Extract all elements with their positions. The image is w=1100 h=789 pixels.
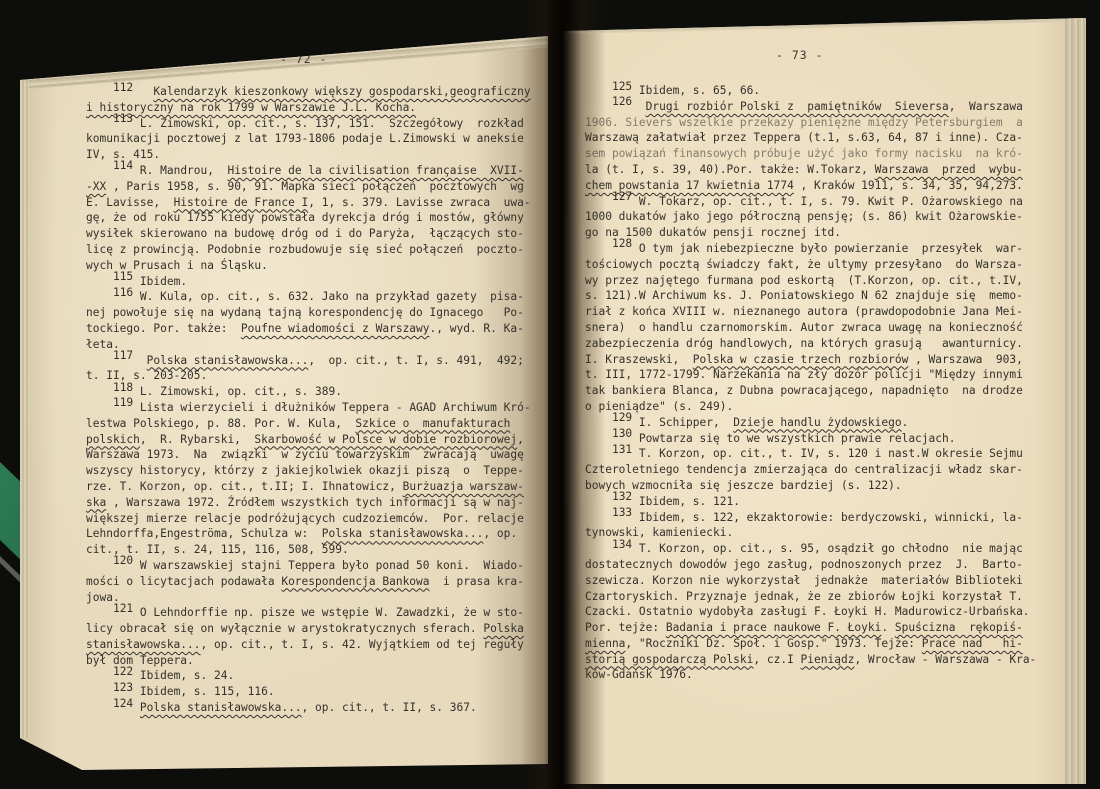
footnote-number: 125	[612, 80, 632, 93]
text-run	[86, 117, 113, 130]
book-scan-background: - 72 - 112 Kalendarzyk kieszonkowy więks…	[0, 0, 1100, 789]
text-run	[585, 495, 612, 508]
underlined-title: storią gospodarczą Polski	[585, 653, 753, 666]
text-line: wy przez najętego furmana pod eskortą (T…	[585, 273, 1023, 289]
text-line: 116 W. Kula, op. cit., s. 632. Jako na p…	[86, 289, 524, 305]
page-edge-side-right	[1063, 18, 1086, 784]
text-line: 113 L. Zimowski, op. cit., s. 137, 151. …	[86, 116, 524, 132]
text-run: .	[902, 416, 909, 429]
text-run: Ibidem.	[133, 275, 187, 288]
text-line: zabezpieczenia dróg handlowych, na który…	[585, 336, 1023, 352]
text-line: -XX , Paris 1958, s. 90, 91. Mapka sieci…	[86, 179, 524, 195]
text-line: tak bankiera Blanca, z Dubna powracające…	[585, 383, 1023, 399]
footnote-number: 118	[113, 381, 133, 394]
text-run	[632, 100, 645, 113]
text-run: ., wyd. R. Ka-	[430, 322, 524, 335]
underlined-title: Polska stanisławowska...	[147, 354, 309, 367]
footnote-number: 127	[612, 190, 632, 203]
text-line: storią gospodarczą Polski, cz.I Pieniądz…	[585, 652, 1036, 668]
text-line: s. 121).W Archiwum ks. J. Poniatowskiego…	[585, 288, 1023, 304]
text-run: ków-Gdańsk 1976.	[585, 668, 693, 681]
text-run: , 1, s. 379. Lavisse zwraca uwa-	[308, 196, 530, 209]
text-run: E. Lavisse,	[86, 196, 174, 209]
underlined-title: Skarbowość w Polsce w dobie rozbiorowej	[254, 433, 517, 446]
underlined-title: Histoire de la civilisation française XV…	[227, 164, 523, 177]
underlined-title: Polska stanisławowska...	[140, 701, 302, 714]
text-run: , Warszawa 1972. Źródłem wszystkich tych…	[106, 496, 524, 509]
text-run: , Warszawa 903,	[908, 353, 1023, 366]
text-run: , Warszawa	[949, 100, 1023, 113]
text-run: , op. cit., t. II, s. 367.	[302, 701, 477, 714]
text-line: 133 Ibidem, s. 122, ekzaktorowie: berdyc…	[585, 510, 1023, 526]
text-line: ków-Gdańsk 1976.	[585, 667, 693, 683]
text-run: i prasa kra-	[430, 575, 524, 588]
text-run	[585, 242, 612, 255]
text-run: tynowski, kamieniecki.	[585, 526, 733, 539]
footnote-number: 129	[612, 411, 632, 424]
text-run: L. Zimowski, op. cit., s. 389.	[133, 385, 342, 398]
text-run	[133, 354, 146, 367]
text-run: O Lehndorffie np. pisze we wstępie W. Za…	[133, 606, 524, 619]
text-run: zabezpieczenia dróg handlowych, na który…	[585, 337, 1023, 350]
underlined-title: Polska	[483, 622, 523, 635]
text-run: gę, że od roku 1755 kiedy powstała dyrek…	[86, 211, 524, 224]
underlined-title: Kalendarzyk kieszonkowy większy gospodar…	[153, 85, 530, 98]
text-line: był dom Teppera.	[86, 653, 194, 669]
page-edge-side-left	[20, 80, 29, 738]
text-run: licę z prowincją. Podobnie rozbudowuje s…	[86, 243, 524, 256]
text-run: wy przez najętego furmana pod eskortą (T…	[585, 274, 1023, 287]
text-run	[86, 275, 113, 288]
text-run: był dom Teppera.	[86, 654, 194, 667]
text-run: wszyscy historycy, którzy z jakiejkolwie…	[86, 464, 524, 477]
text-line: 114 R. Mandrou, Histoire de la civilisat…	[86, 163, 524, 179]
underlined-title: mienna	[585, 637, 625, 650]
text-run: Czteroletniego tendencja zmierzająca do …	[585, 463, 1023, 476]
underlined-title: Szkice o manufakturach	[355, 417, 510, 430]
text-run	[86, 354, 113, 367]
text-run: , cz.I	[753, 653, 800, 666]
text-line: Por. tejże: Badania i prace naukowe F. Ł…	[585, 620, 1023, 636]
text-run	[585, 84, 612, 97]
underlined-title: -XX	[86, 180, 106, 193]
underlined-title: ska	[86, 496, 106, 509]
text-line: większej mierze relacje podróżujących cu…	[86, 511, 524, 527]
text-line: wysiłek skierowano na budowę dróg od i d…	[86, 226, 524, 242]
text-run	[86, 164, 113, 177]
footnote-number: 120	[113, 554, 133, 567]
underlined-title: Histoire de France I	[174, 196, 309, 209]
underlined-title: Polska w czasie trzech rozbiorów	[693, 353, 909, 366]
text-run	[585, 542, 612, 555]
text-line: Lehndorffa,Engeströma, Schulza w: Polska…	[86, 526, 517, 542]
text-line: t. III, 1772-1799. Narzekania na zły doz…	[585, 367, 1023, 383]
handwritten-pencil-mark: 133	[590, 11, 611, 30]
text-line: wszyscy historycy, którzy z jakiejkolwie…	[86, 463, 524, 479]
text-run	[86, 290, 113, 303]
text-run: T. Korzon, op. cit., s. 95, osądził go c…	[632, 542, 1023, 555]
footnote-number: 124	[113, 697, 133, 710]
text-run	[86, 606, 113, 619]
underlined-title: Poufne wiadomości z Warszawy	[241, 322, 430, 335]
footnote-number: 116	[113, 286, 133, 299]
text-line: 120 W warszawskiej stajni Teppera było p…	[86, 558, 524, 574]
text-line: 119 Lista wierzycieli i dłużników Tepper…	[86, 400, 531, 416]
text-line: nej powołuje się na wydaną tajną korespo…	[86, 305, 524, 321]
text-line: snera) o handlu czarnomorskim. Autor zwr…	[585, 320, 1023, 336]
text-run: licy obracał się on wyłącznie w arystokr…	[86, 622, 483, 635]
footnote-number: 131	[612, 443, 632, 456]
text-run: , R. Rybarski,	[140, 433, 255, 446]
footnote-number: 117	[113, 349, 133, 362]
text-run	[585, 416, 612, 429]
text-line: Czacki. Ostatnio wydobyła zasługi F. Łoy…	[585, 604, 1030, 620]
text-line: mienna, "Roczniki Dz. Społ. i Gosp." 197…	[585, 636, 1023, 652]
text-line: t. II, s. 203-205.	[86, 368, 207, 384]
text-run: Ibidem, s. 122, ekzaktorowie: berdyczows…	[632, 511, 1023, 524]
text-run: komunikacji pocztowej z lat 1793-1806 po…	[86, 132, 524, 145]
underlined-title: Badania i prace naukowe F. Łoyki	[666, 621, 882, 634]
text-run: tockiego. Por. także:	[86, 322, 241, 335]
text-line: E. Lavisse, Histoire de France I, 1, s. …	[86, 195, 531, 211]
text-run: o pieniądze" (s. 249).	[585, 400, 733, 413]
text-run: większej mierze relacje podróżujących cu…	[86, 512, 524, 525]
text-run: la (t. I, s. 39, 40).Por. także: W.Tokar…	[585, 163, 875, 176]
page-right-73: 133 - 73 - 125 Ibidem, s. 65, 66. 126 Dr…	[564, 16, 1086, 784]
underlined-title: i historyczny na rok 1799 w Warszawie J.…	[86, 101, 416, 114]
text-run: s. 121).W Archiwum ks. J. Poniatowskiego…	[585, 289, 1023, 302]
text-run: sem powiązań finansowych próbuje użyć ja…	[585, 147, 1023, 160]
page-body-left: 112 Kalendarzyk kieszonkowy większy gosp…	[86, 84, 531, 716]
text-line: bowych wzmocniła się jeszcze bardziej (s…	[585, 478, 902, 494]
text-run: , Kraków 1911, s. 34, 35, 94,273.	[794, 179, 1023, 192]
text-line: chem powstania 17 kwietnia 1774 , Kraków…	[585, 178, 1023, 194]
text-line: 117 Polska stanisławowska..., op. cit., …	[86, 353, 524, 369]
text-run: Warszawa 1973. Na związki w życiu towarz…	[86, 448, 524, 461]
text-run: , op.	[483, 527, 517, 540]
text-line: 1000 dukatów jako jego półroczną pensję;…	[585, 209, 1023, 225]
footnote-number: 132	[612, 490, 632, 503]
text-line: i historyczny na rok 1799 w Warszawie J.…	[86, 100, 416, 116]
underlined-title: Polska stanisławowska...	[322, 527, 484, 540]
text-line: 129 I. Schipper, Dzieje handlu żydowskie…	[585, 415, 908, 431]
text-run: W warszawskiej stajni Teppera było ponad…	[133, 559, 524, 572]
text-line: tynowski, kamieniecki.	[585, 525, 733, 541]
text-run: tościowych pocztą świadczy fakt, że ulty…	[585, 258, 1023, 271]
text-run: Powtarza się to we wszystkich prawie rel…	[632, 432, 955, 445]
footnote-number: 123	[113, 681, 133, 694]
text-run	[585, 432, 612, 445]
text-line: licę z prowincją. Podobnie rozbudowuje s…	[86, 242, 524, 258]
page-number-left: - 72 -	[280, 52, 328, 66]
footnote-number: 114	[113, 159, 133, 172]
text-run: W. Kula, op. cit., s. 632. Jako na przyk…	[133, 290, 524, 303]
underlined-title: Korespondencja Bankowa	[281, 575, 429, 588]
text-line: 134 T. Korzon, op. cit., s. 95, osądził …	[585, 541, 1023, 557]
text-run	[86, 401, 113, 414]
text-line: stanisławowska..., op. cit., t. I, s. 42…	[86, 637, 524, 653]
text-run: Ibidem, s. 121.	[632, 495, 740, 508]
text-line: o pieniądze" (s. 249).	[585, 399, 733, 415]
underlined-title: stanisławowska...	[86, 638, 201, 651]
underlined-title: Spuścizna rękopiś-	[895, 621, 1023, 634]
text-run: Warszawą załatwiał przez Teppera (t.1, s…	[585, 131, 1023, 144]
text-run: , Wrocław - Warszawa - Kra-	[854, 653, 1036, 666]
text-run: .	[881, 621, 894, 634]
text-run	[86, 685, 113, 698]
footnote-number: 133	[612, 506, 632, 519]
text-run: , "Roczniki Dz. Społ. i Gosp." 1973. Tej…	[625, 637, 921, 650]
text-run	[86, 559, 113, 572]
page-left-72: - 72 - 112 Kalendarzyk kieszonkowy więks…	[20, 36, 548, 770]
text-line: licy obracał się on wyłącznie w arystokr…	[86, 621, 524, 637]
text-line: 127 W. Tokarz, op. cit., t. I, s. 79. Kw…	[585, 194, 1023, 210]
text-run: I. Kraszewski,	[585, 353, 693, 366]
text-line: riał z końca XVIII w. nieznanego autora …	[585, 304, 1023, 320]
text-line: Czteroletniego tendencja zmierzająca do …	[585, 462, 1023, 478]
text-run	[86, 85, 113, 98]
text-run: Ibidem, s. 65, 66.	[632, 84, 760, 97]
text-run: t. II, s. 203-205.	[86, 369, 207, 382]
text-run: 1906. Sievers wszelkie przekazy pieniężn…	[585, 116, 1023, 129]
text-line: dostatecznych dowodów jego zasług, podno…	[585, 557, 1023, 573]
text-run	[133, 701, 140, 714]
text-line: lestwa Polskiego, p. 88. Por. W. Kula, S…	[86, 416, 510, 432]
text-line: 121 O Lehndorffie np. pisze we wstępie W…	[86, 605, 524, 621]
text-run: W. Tokarz, op. cit., t. I, s. 79. Kwit P…	[632, 195, 1023, 208]
text-line: gę, że od roku 1755 kiedy powstała dyrek…	[86, 210, 524, 226]
text-line: 130 Powtarza się to we wszystkich prawie…	[585, 431, 955, 447]
text-run	[585, 447, 612, 460]
text-line: 1906. Sievers wszelkie przekazy pieniężn…	[585, 115, 1023, 131]
text-line: mości o licytacjach podawała Koresponden…	[86, 574, 524, 590]
text-run: t. III, 1772-1799. Narzekania na zły doz…	[585, 368, 1023, 381]
text-line: tockiego. Por. także: Poufne wiadomości …	[86, 321, 524, 337]
text-run: T. Korzon, op. cit., t. IV, s. 120 i nas…	[632, 447, 1023, 460]
text-line: 131 T. Korzon, op. cit., t. IV, s. 120 i…	[585, 446, 1023, 462]
text-run: wysiłek skierowano na budowę dróg od i d…	[86, 227, 524, 240]
text-run: nej powołuje się na wydaną tajną korespo…	[86, 306, 524, 319]
text-run: L. Zimowski, op. cit., s. 137, 151. Szcz…	[133, 117, 524, 130]
text-run: mości o licytacjach podawała	[86, 575, 281, 588]
page-edge-top-right	[562, 5, 1088, 34]
text-run: riał z końca XVIII w. nieznanego autora …	[585, 305, 1023, 318]
text-line: szewicza. Korzon nie wykorzystał jednakż…	[585, 573, 1023, 589]
text-run	[86, 385, 113, 398]
text-run: bowych wzmocniła się jeszcze bardziej (s…	[585, 479, 902, 492]
text-line: 124 Polska stanisławowska..., op. cit., …	[86, 700, 477, 716]
text-run: Lista wierzycieli i dłużników Teppera - …	[133, 401, 530, 414]
footnote-number: 113	[113, 112, 133, 125]
text-run: R. Mandrou,	[133, 164, 227, 177]
underlined-title: Prace nad hi-	[922, 637, 1023, 650]
underlined-title: polskich	[86, 433, 140, 446]
text-run: Czartoryskich. Przyznaje jednak, że ze z…	[585, 590, 1023, 603]
text-run: szewicza. Korzon nie wykorzystał jednakż…	[585, 574, 1023, 587]
underlined-title: Burżuazja warszaw-	[403, 480, 524, 493]
text-run: , op. cit., t. I, s. 42. Wyjątkiem od te…	[201, 638, 524, 651]
text-line: 126 Drugi rozbiór Polski z pamiętników S…	[585, 99, 1023, 115]
text-run: rze. T. Korzon, op. cit., t.II; I. Ihnat…	[86, 480, 403, 493]
text-run	[86, 669, 113, 682]
text-run: dostatecznych dowodów jego zasług, podno…	[585, 558, 1023, 571]
text-line: 132 Ibidem, s. 121.	[585, 494, 740, 510]
text-line: 115 Ibidem.	[86, 274, 187, 290]
footnote-number: 128	[612, 237, 632, 250]
footnote-number: 119	[113, 396, 133, 409]
text-run	[133, 85, 153, 98]
page-edge-bottom-left	[13, 736, 84, 781]
text-line: Warszawą załatwiał przez Teppera (t.1, s…	[585, 130, 1023, 146]
text-run: O tym jak niebezpieczne było powierzanie…	[632, 242, 1023, 255]
text-line: Czartoryskich. Przyznaje jednak, że ze z…	[585, 589, 1023, 605]
underlined-title: Warszawa przed wybu-	[875, 163, 1023, 176]
text-run: lestwa Polskiego, p. 88. Por. W. Kula,	[86, 417, 355, 430]
text-run: snera) o handlu czarnomorskim. Autor zwr…	[585, 321, 1023, 334]
text-line: ska , Warszawa 1972. Źródłem wszystkich …	[86, 495, 524, 511]
footnote-number: 112	[113, 81, 133, 94]
text-run	[585, 100, 612, 113]
text-line: Warszawa 1973. Na związki w życiu towarz…	[86, 447, 524, 463]
text-run: Ibidem, s. 24.	[133, 669, 234, 682]
text-run: Czacki. Ostatnio wydobyła zasługi F. Łoy…	[585, 605, 1030, 618]
footnote-number: 122	[113, 665, 133, 678]
footnote-number: 130	[612, 427, 632, 440]
footnote-number: 115	[113, 270, 133, 283]
text-line: polskich, R. Rybarski, Skarbowość w Pols…	[86, 432, 524, 448]
text-run	[86, 701, 113, 714]
footnote-number: 121	[113, 602, 133, 615]
text-run: Ibidem, s. 115, 116.	[133, 685, 274, 698]
page-number-right: - 73 -	[776, 48, 824, 62]
text-line: 122 Ibidem, s. 24.	[86, 668, 234, 684]
text-run	[585, 511, 612, 524]
text-line: tościowych pocztą świadczy fakt, że ulty…	[585, 257, 1023, 273]
text-run: ,	[517, 433, 524, 446]
text-run: Por. tejże:	[585, 621, 666, 634]
text-run: , op. cit., t. I, s. 491, 492;	[308, 354, 524, 367]
text-line: rze. T. Korzon, op. cit., t.II; I. Ihnat…	[86, 479, 524, 495]
text-run: Lehndorffa,Engeströma, Schulza w:	[86, 527, 322, 540]
text-run: I. Schipper,	[632, 416, 733, 429]
underlined-title: Dzieje handlu żydowskiego	[733, 416, 901, 429]
footnote-number: 134	[612, 538, 632, 551]
text-run: tak bankiera Blanca, z Dubna powracające…	[585, 384, 1023, 397]
text-run: 1000 dukatów jako jego półroczną pensję;…	[585, 210, 1023, 223]
text-run	[585, 195, 612, 208]
underlined-title: Pieniądz	[801, 653, 855, 666]
text-line: I. Kraszewski, Polska w czasie trzech ro…	[585, 352, 1023, 368]
text-line: komunikacji pocztowej z lat 1793-1806 po…	[86, 131, 524, 147]
text-line: sem powiązań finansowych próbuje użyć ja…	[585, 146, 1023, 162]
text-line: la (t. I, s. 39, 40).Por. także: W.Tokar…	[585, 162, 1023, 178]
footnote-number: 126	[612, 95, 632, 108]
text-line: 128 O tym jak niebezpieczne było powierz…	[585, 241, 1023, 257]
text-run: , Paris 1958, s. 90, 91. Mapka sieci poł…	[106, 180, 524, 193]
text-line: 112 Kalendarzyk kieszonkowy większy gosp…	[86, 84, 531, 100]
underlined-title: Drugi rozbiór Polski z pamiętników Sieve…	[646, 100, 949, 113]
page-body-right: 125 Ibidem, s. 65, 66. 126 Drugi rozbiór…	[585, 83, 1036, 683]
